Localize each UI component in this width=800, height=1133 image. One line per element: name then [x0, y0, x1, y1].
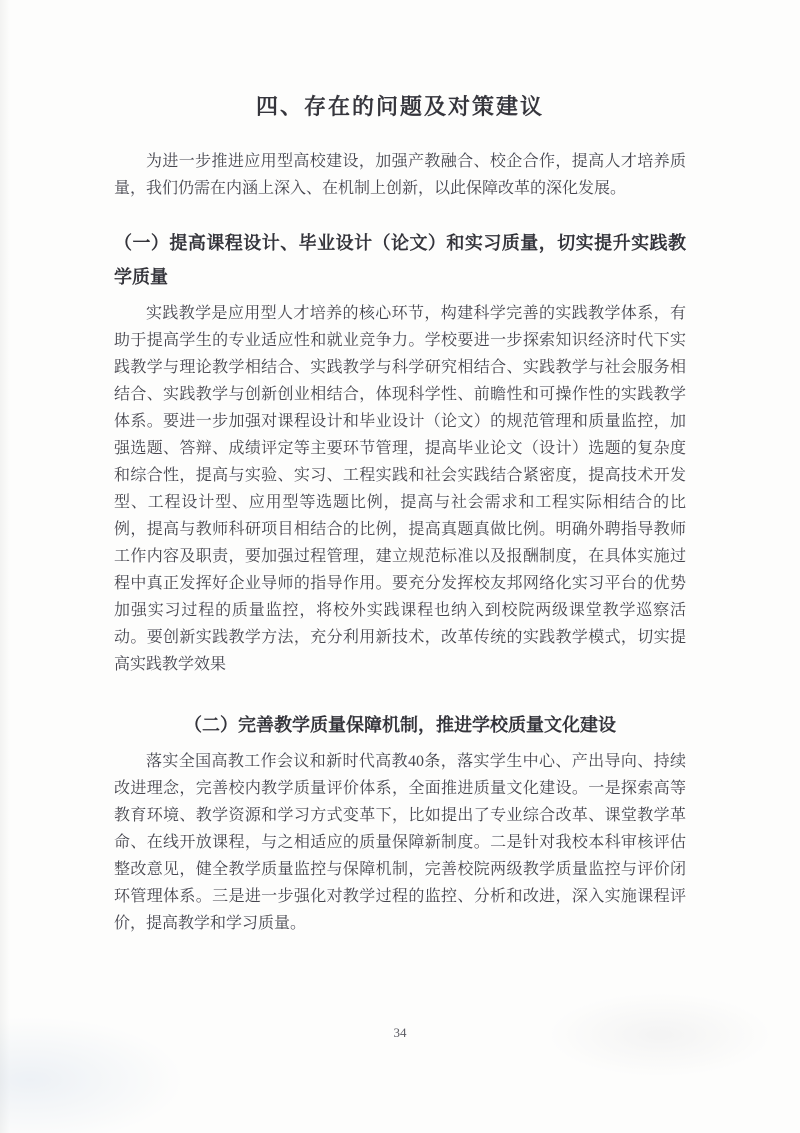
section-2-body: 落实全国高教工作会议和新时代高教40条，落实学生中心、产出导向、持续改进理念，完…: [114, 748, 686, 937]
section-1-body: 实践教学是应用型人才培养的核心环节，构建科学完善的实践教学体系，有助于提高学生的…: [114, 300, 686, 678]
scanned-document-page: 四、存在的问题及对策建议 为进一步推进应用型高校建设，加强产教融合、校企合作，提…: [0, 0, 800, 1133]
page-number: 34: [0, 1025, 800, 1041]
section-2-heading: （二）完善教学质量保障机制，推进学校质量文化建设: [114, 708, 686, 742]
document-title: 四、存在的问题及对策建议: [114, 90, 686, 124]
document-content: 四、存在的问题及对策建议 为进一步推进应用型高校建设，加强产教融合、校企合作，提…: [114, 0, 686, 937]
section-1-heading: （一）提高课程设计、毕业设计（论文）和实习质量，切实提升实践教学质量: [114, 226, 686, 294]
intro-paragraph: 为进一步推进应用型高校建设，加强产教融合、校企合作，提高人才培养质量，我们仍需在…: [114, 148, 686, 202]
